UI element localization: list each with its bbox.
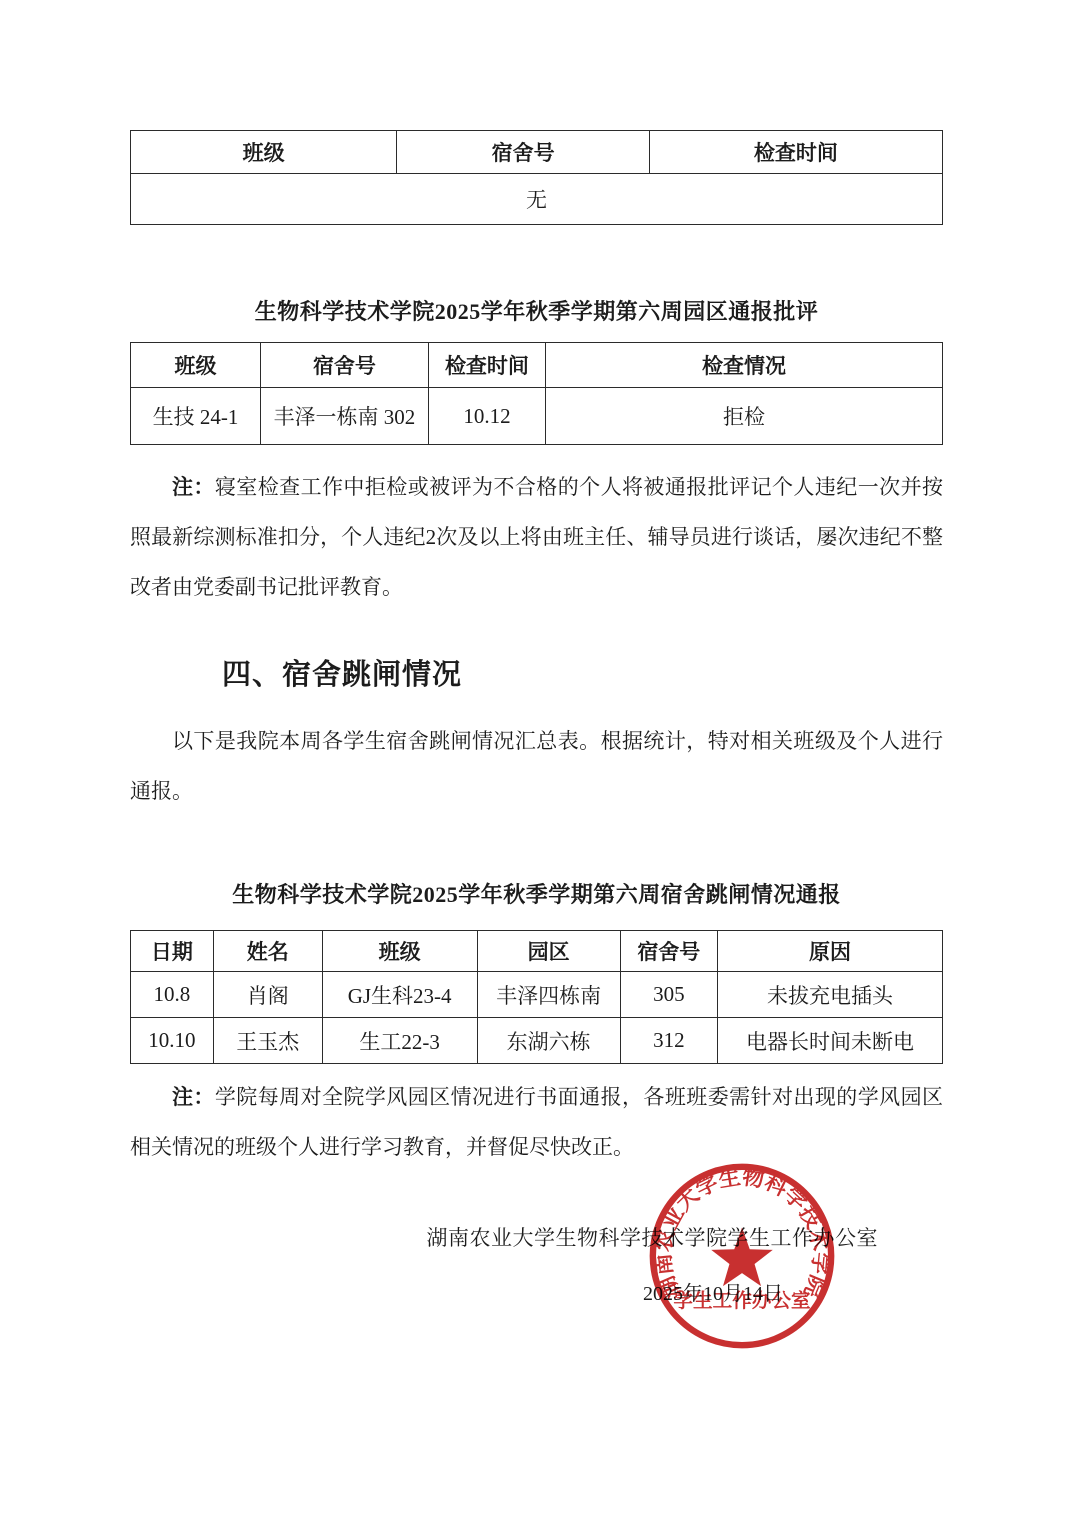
col-header-dorm: 宿舍号 (397, 131, 650, 174)
cell-dorm: 305 (620, 972, 717, 1018)
note-text: 寝室检查工作中拒检或被评为不合格的个人将被通报批评记个人违纪一次并按照最新综测标… (130, 475, 943, 599)
col-header-class: 班级 (131, 131, 397, 174)
criticism-table: 班级 宿舍号 检查时间 检查情况 生技 24-1 丰泽一栋南 302 10.12… (130, 342, 943, 445)
section-heading-trip: 四、宿舍跳闸情况 (222, 652, 942, 693)
col-header-name: 姓名 (213, 931, 322, 972)
trip-table-title: 生物科学技术学院2025学年秋季学期第六周宿舍跳闸情况通报 (130, 878, 943, 909)
table-row: 10.8 肖阁 GJ生科23-4 丰泽四栋南 305 未拔充电插头 (131, 972, 943, 1018)
table-row: 无 (131, 174, 943, 225)
cell-result: 拒检 (545, 388, 942, 445)
empty-cell: 无 (131, 174, 943, 225)
cell-time: 10.12 (428, 388, 545, 445)
seal-bottom-text: 学生工作办公室 (673, 1289, 811, 1312)
note-label: 注： (172, 1085, 215, 1109)
col-header-class: 班级 (322, 931, 477, 972)
trip-table: 日期 姓名 班级 园区 宿舍号 原因 10.8 肖阁 GJ生科23-4 丰泽四栋… (130, 930, 943, 1064)
official-seal-stamp: 湖南农业大学生物科学技术学院 学生工作办公室 (644, 1158, 840, 1354)
col-header-time: 检查时间 (649, 131, 942, 174)
criticism-note: 注：寝室检查工作中拒检或被评为不合格的个人将被通报批评记个人违纪一次并按照最新综… (130, 462, 943, 612)
cell-reason: 未拔充电插头 (718, 972, 943, 1018)
cell-class: 生技 24-1 (131, 388, 261, 445)
trip-note: 注：学院每周对全院学风园区情况进行书面通报，各班班委需针对出现的学风园区相关情况… (130, 1072, 943, 1172)
cell-date: 10.10 (131, 1018, 214, 1064)
note-label: 注： (172, 475, 215, 499)
col-header-dorm: 宿舍号 (620, 931, 717, 972)
table-header-row: 日期 姓名 班级 园区 宿舍号 原因 (131, 931, 943, 972)
cell-name: 肖阁 (213, 972, 322, 1018)
cell-class: GJ生科23-4 (322, 972, 477, 1018)
criticism-table-title: 生物科学技术学院2025学年秋季学期第六周园区通报批评 (130, 295, 943, 326)
table-row: 生技 24-1 丰泽一栋南 302 10.12 拒检 (131, 388, 943, 445)
note-text: 学院每周对全院学风园区情况进行书面通报，各班班委需针对出现的学风园区相关情况的班… (130, 1085, 943, 1159)
cell-campus: 丰泽四栋南 (477, 972, 620, 1018)
seal-star-icon (711, 1228, 773, 1287)
col-header-dorm: 宿舍号 (260, 343, 428, 388)
trip-intro-paragraph: 以下是我院本周各学生宿舍跳闸情况汇总表。根据统计，特对相关班级及个人进行通报。 (130, 716, 943, 816)
table-header-row: 班级 宿舍号 检查时间 (131, 131, 943, 174)
cell-campus: 东湖六栋 (477, 1018, 620, 1064)
previous-inspection-table: 班级 宿舍号 检查时间 无 (130, 130, 943, 225)
cell-dorm: 丰泽一栋南 302 (260, 388, 428, 445)
cell-reason: 电器长时间未断电 (718, 1018, 943, 1064)
cell-date: 10.8 (131, 972, 214, 1018)
col-header-class: 班级 (131, 343, 261, 388)
col-header-campus: 园区 (477, 931, 620, 972)
cell-dorm: 312 (620, 1018, 717, 1064)
table-header-row: 班级 宿舍号 检查时间 检查情况 (131, 343, 943, 388)
col-header-date: 日期 (131, 931, 214, 972)
cell-class: 生工22-3 (322, 1018, 477, 1064)
table-row: 10.10 王玉杰 生工22-3 东湖六栋 312 电器长时间未断电 (131, 1018, 943, 1064)
col-header-reason: 原因 (718, 931, 943, 972)
document-page: 班级 宿舍号 检查时间 无 生物科学技术学院2025学年秋季学期第六周园区通报批… (0, 0, 1075, 1520)
col-header-result: 检查情况 (545, 343, 942, 388)
col-header-time: 检查时间 (428, 343, 545, 388)
cell-name: 王玉杰 (213, 1018, 322, 1064)
